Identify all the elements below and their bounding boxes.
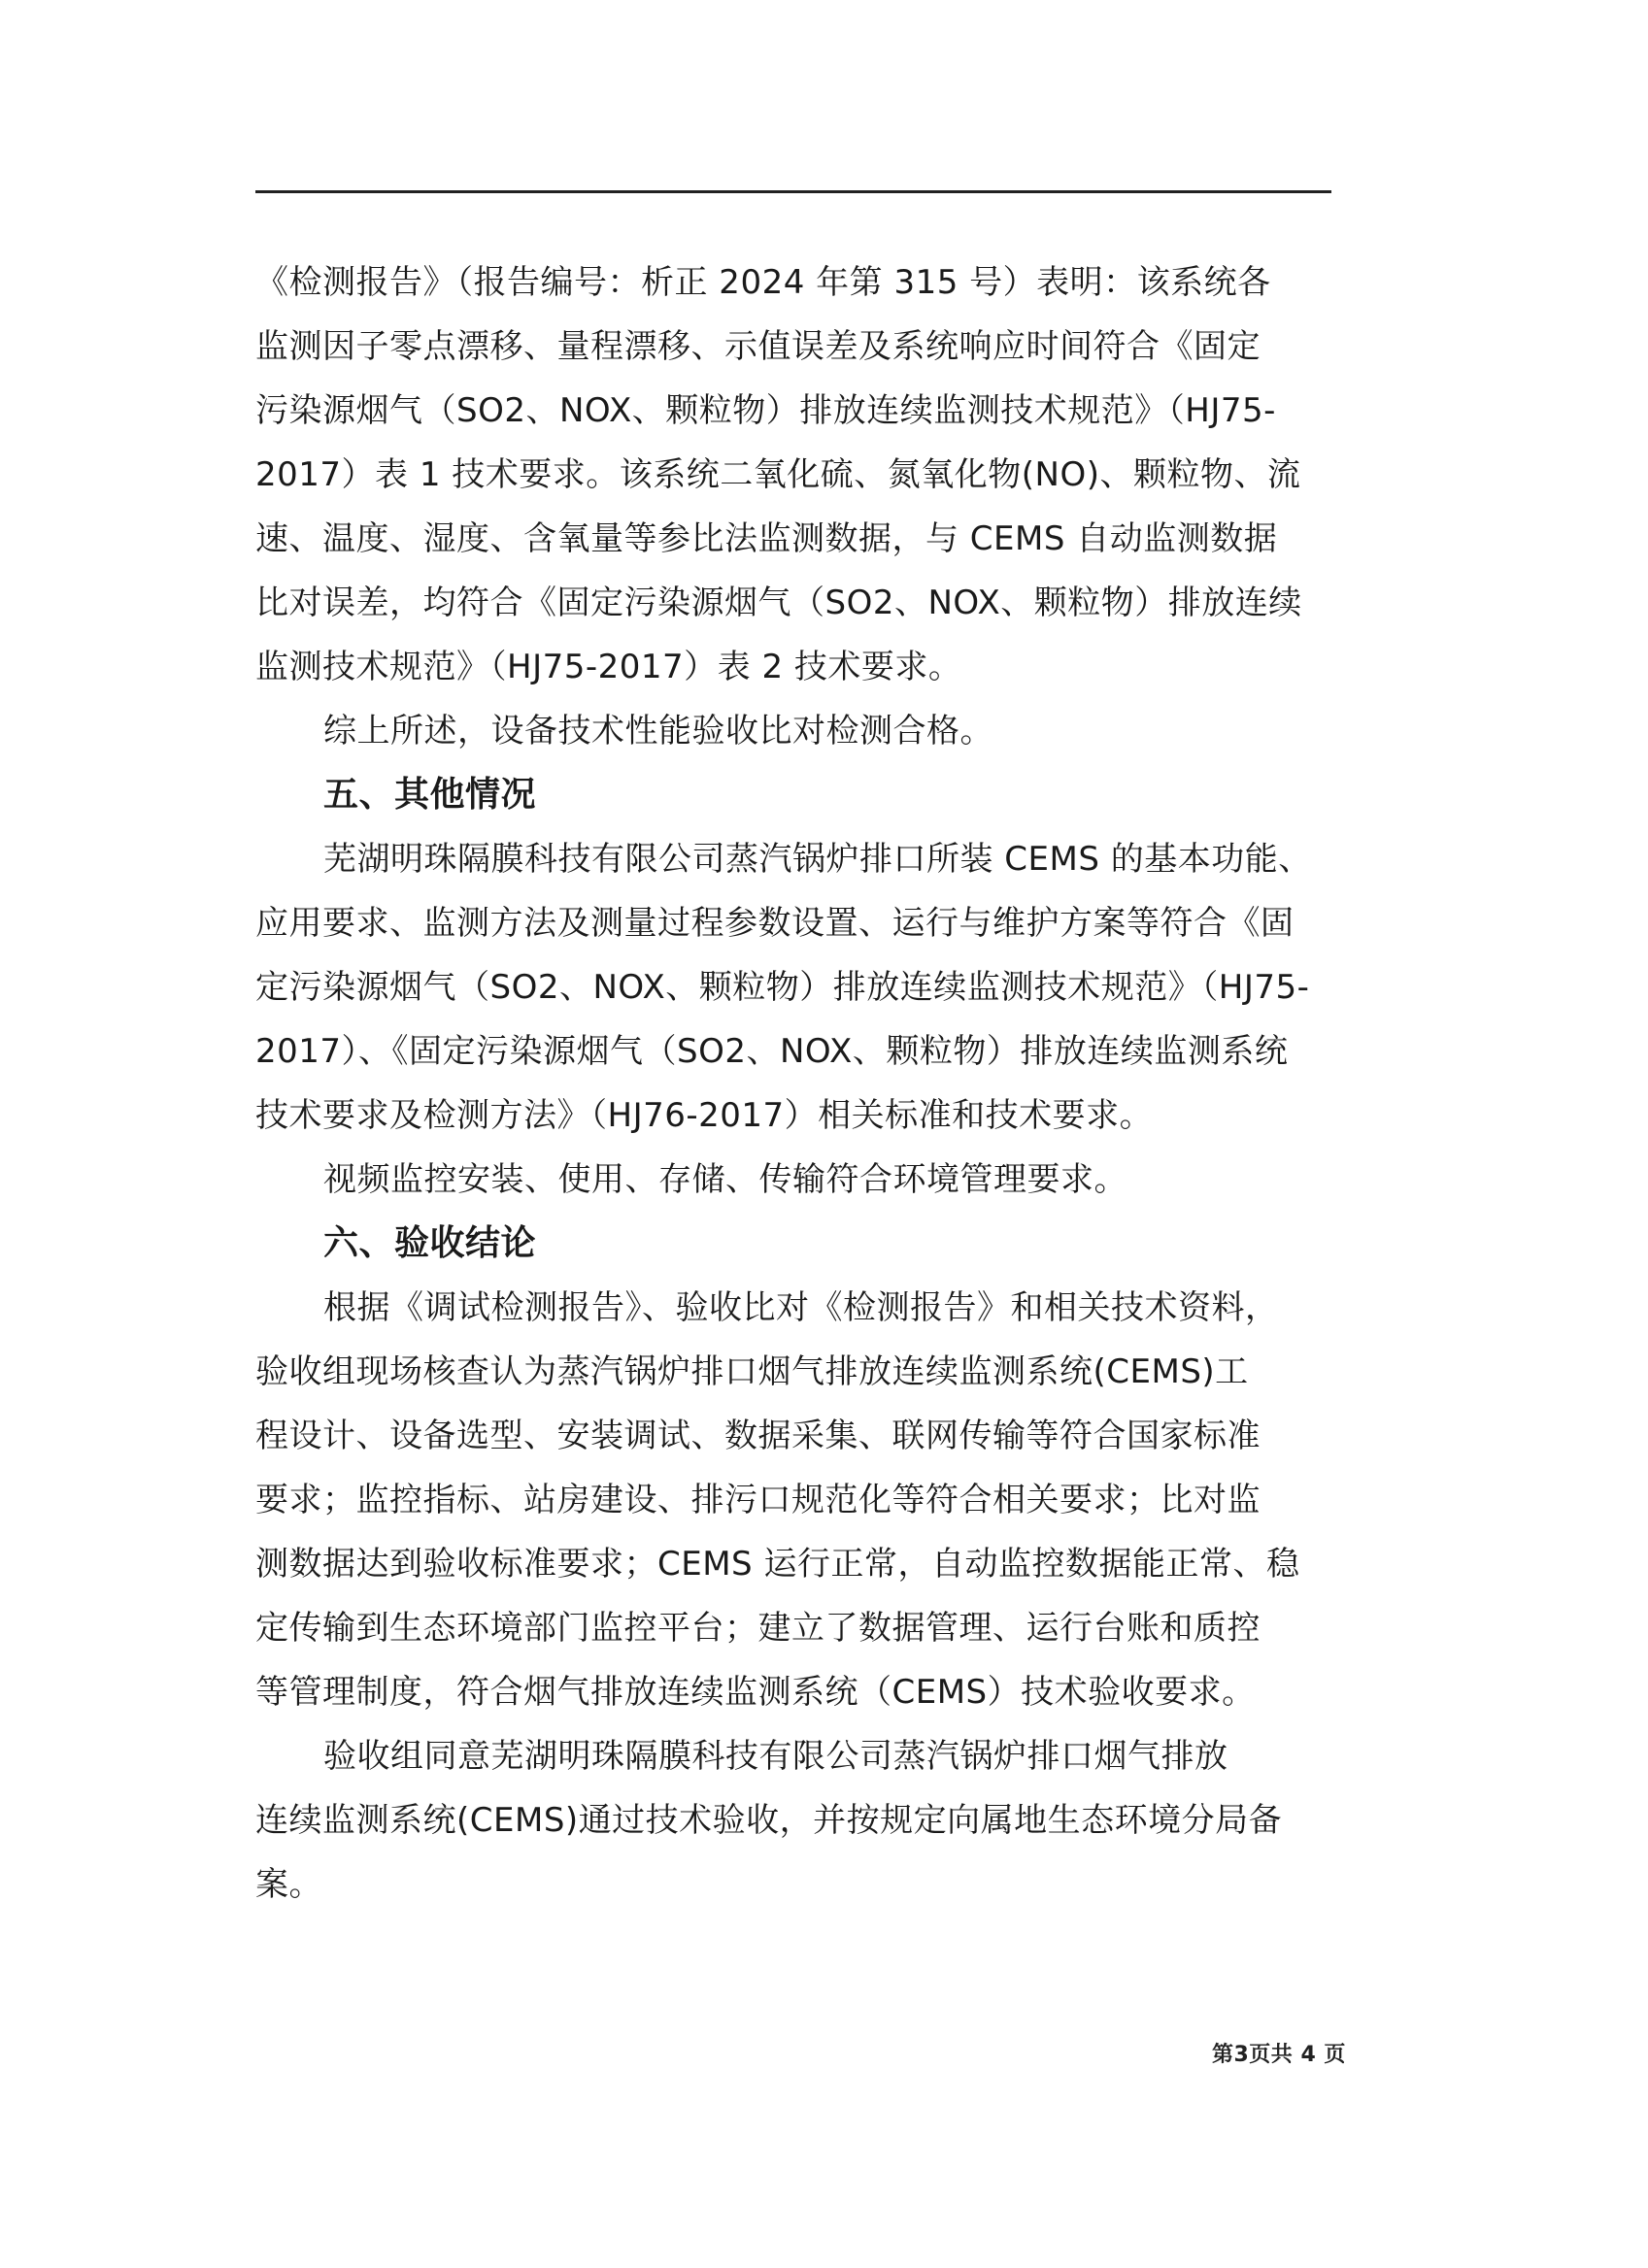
paragraph-video-monitoring: 视频监控安装、使用、存储、传输符合环境管理要求。 — [255, 1148, 1338, 1212]
text-line: 监测因子零点漂移、量程漂移、示值误差及系统响应时间符合《固定 — [255, 315, 1338, 379]
paragraph-acceptance-approval: 验收组同意芜湖明珠隔膜科技有限公司蒸汽锅炉排口烟气排放 连续监测系统(CEMS)… — [255, 1724, 1338, 1917]
text-line: 芜湖明珠隔膜科技有限公司蒸汽锅炉排口所装 CEMS 的基本功能、 — [255, 827, 1338, 891]
paragraph-summary: 综上所述，设备技术性能验收比对检测合格。 — [255, 699, 1338, 763]
text-line: 视频监控安装、使用、存储、传输符合环境管理要求。 — [255, 1148, 1338, 1212]
text-line: 技术要求及检测方法》（HJ76-2017）相关标准和技术要求。 — [255, 1084, 1338, 1148]
text-line: 要求；监控指标、站房建设、排污口规范化等符合相关要求；比对监 — [255, 1468, 1338, 1532]
section-heading-other: 五、其他情况 — [255, 763, 1338, 827]
text-line: 定传输到生态环境部门监控平台；建立了数据管理、运行台账和质控 — [255, 1596, 1338, 1660]
text-line: 连续监测系统(CEMS)通过技术验收，并按规定向属地生态环境分局备 — [255, 1788, 1338, 1852]
page-number: 第3页共 4 页 — [1212, 2038, 1346, 2068]
paragraph-acceptance-findings: 根据《调试检测报告》、验收比对《检测报告》和相关技术资料， 验收组现场核查认为蒸… — [255, 1276, 1338, 1724]
text-line: 速、温度、湿度、含氧量等参比法监测数据，与 CEMS 自动监测数据 — [255, 507, 1338, 571]
section-heading-conclusion: 六、验收结论 — [255, 1212, 1338, 1276]
text-line: 《检测报告》（报告编号：析正 2024 年第 315 号）表明：该系统各 — [255, 250, 1338, 315]
text-line: 比对误差，均符合《固定污染源烟气（SO2、NOX、颗粒物）排放连续 — [255, 571, 1338, 635]
text-line: 程设计、设备选型、安装调试、数据采集、联网传输等符合国家标准 — [255, 1404, 1338, 1468]
text-line: 污染源烟气（SO2、NOX、颗粒物）排放连续监测技术规范》（HJ75- — [255, 379, 1338, 443]
text-line: 测数据达到验收标准要求；CEMS 运行正常，自动监控数据能正常、稳 — [255, 1532, 1338, 1596]
text-line: 等管理制度，符合烟气排放连续监测系统（CEMS）技术验收要求。 — [255, 1660, 1338, 1724]
document-body: 《检测报告》（报告编号：析正 2024 年第 315 号）表明：该系统各 监测因… — [255, 250, 1338, 1917]
paragraph-test-report-results: 《检测报告》（报告编号：析正 2024 年第 315 号）表明：该系统各 监测因… — [255, 250, 1338, 699]
header-rule — [255, 190, 1331, 193]
text-line: 综上所述，设备技术性能验收比对检测合格。 — [255, 699, 1338, 763]
text-line: 根据《调试检测报告》、验收比对《检测报告》和相关技术资料， — [255, 1276, 1338, 1340]
text-line: 验收组同意芜湖明珠隔膜科技有限公司蒸汽锅炉排口烟气排放 — [255, 1724, 1338, 1788]
paragraph-cems-compliance: 芜湖明珠隔膜科技有限公司蒸汽锅炉排口所装 CEMS 的基本功能、 应用要求、监测… — [255, 827, 1338, 1148]
text-line: 案。 — [255, 1852, 1338, 1917]
text-line: 验收组现场核查认为蒸汽锅炉排口烟气排放连续监测系统(CEMS)工 — [255, 1340, 1338, 1404]
text-line: 监测技术规范》（HJ75-2017）表 2 技术要求。 — [255, 635, 1338, 699]
text-line: 2017）表 1 技术要求。该系统二氧化硫、氮氧化物(NO)、颗粒物、流 — [255, 443, 1338, 507]
text-line: 定污染源烟气（SO2、NOX、颗粒物）排放连续监测技术规范》（HJ75- — [255, 955, 1338, 1019]
text-line: 应用要求、监测方法及测量过程参数设置、运行与维护方案等符合《固 — [255, 891, 1338, 955]
text-line: 2017）、《固定污染源烟气（SO2、NOX、颗粒物）排放连续监测系统 — [255, 1019, 1338, 1084]
